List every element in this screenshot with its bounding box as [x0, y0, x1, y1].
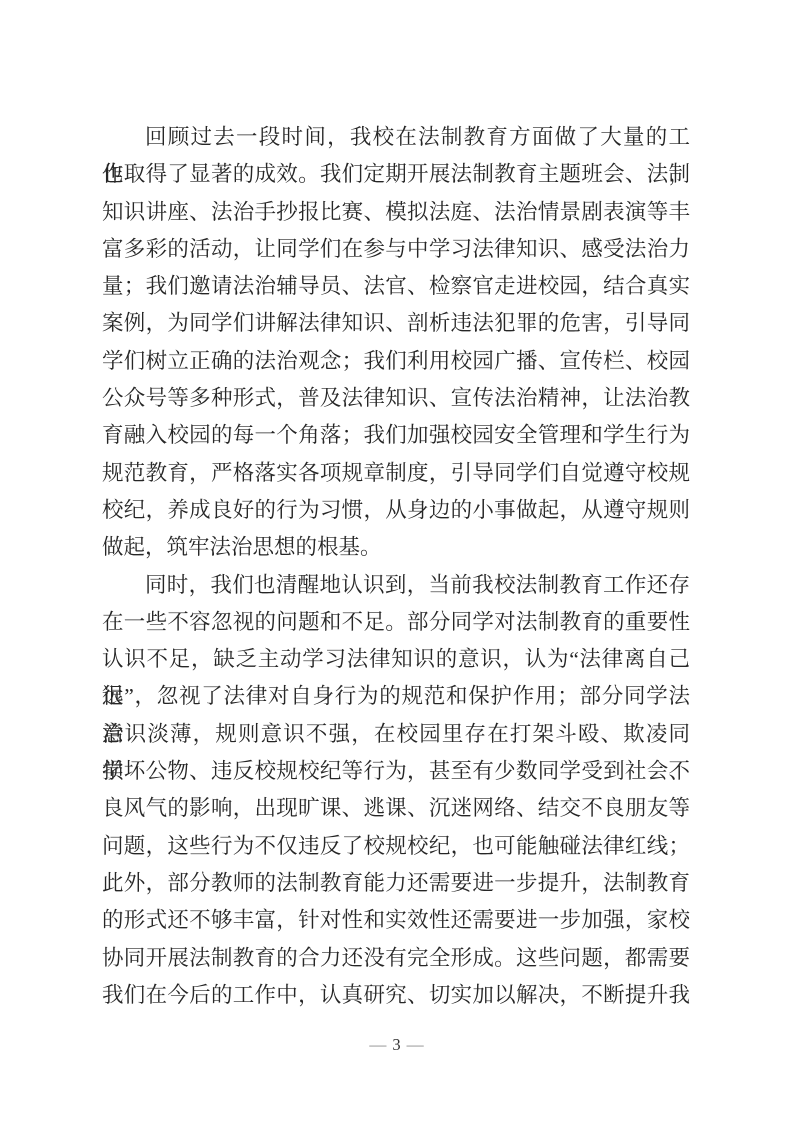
text-line: 校纪，养成良好的行为习惯，从身边的小事做起，从遵守规则 — [102, 492, 690, 529]
text-line: 在一些不容忽视的问题和不足。部分同学对法制教育的重要性 — [102, 604, 690, 641]
text-line: 远”，忽视了法律对自身行为的规范和保护作用；部分同学法治 — [102, 678, 690, 715]
text-line: 问题，这些行为不仅违反了校规校纪，也可能触碰法律红线； — [102, 828, 690, 865]
text-line: 意识淡薄，规则意识不强，在校园里存在打架斗殴、欺凌同学、 — [102, 716, 690, 753]
text-line: 育融入校园的每一个角落；我们加强校园安全管理和学生行为 — [102, 417, 690, 454]
text-line: 回顾过去一段时间，我校在法制教育方面做了大量的工作， — [102, 119, 690, 156]
text-line: 案例，为同学们讲解法律知识、剖析违法犯罪的危害，引导同 — [102, 305, 690, 342]
paragraph: 同时，我们也清醒地认识到，当前我校法制教育工作还存在一些不容忽视的问题和不足。部… — [102, 567, 690, 1015]
text-line: 我们在今后的工作中，认真研究、切实加以解决，不断提升我 — [102, 977, 690, 1014]
document-page: 回顾过去一段时间，我校在法制教育方面做了大量的工作，也取得了显著的成效。我们定期… — [0, 0, 793, 1122]
text-line: 富多彩的活动，让同学们在参与中学习法律知识、感受法治力 — [102, 231, 690, 268]
text-line: 同时，我们也清醒地认识到，当前我校法制教育工作还存 — [102, 567, 690, 604]
text-line: 做起，筑牢法治思想的根基。 — [102, 529, 690, 566]
text-line: 协同开展法制教育的合力还没有完全形成。这些问题，都需要 — [102, 940, 690, 977]
text-line: 也取得了显著的成效。我们定期开展法制教育主题班会、法制 — [102, 156, 690, 193]
page-footer: —3— — [0, 1035, 793, 1055]
text-line: 此外，部分教师的法制教育能力还需要进一步提升，法制教育 — [102, 865, 690, 902]
text-line: 的形式还不够丰富，针对性和实效性还需要进一步加强，家校 — [102, 902, 690, 939]
text-line: 知识讲座、法治手抄报比赛、模拟法庭、法治情景剧表演等丰 — [102, 194, 690, 231]
page-number: 3 — [392, 1035, 400, 1055]
paragraph: 回顾过去一段时间，我校在法制教育方面做了大量的工作，也取得了显著的成效。我们定期… — [102, 119, 690, 567]
text-line: 规范教育，严格落实各项规章制度，引导同学们自觉遵守校规 — [102, 455, 690, 492]
footer-dash-right: — — [407, 1035, 424, 1054]
page-body: 回顾过去一段时间，我校在法制教育方面做了大量的工作，也取得了显著的成效。我们定期… — [102, 119, 690, 1014]
text-line: 损坏公物、违反校规校纪等行为，甚至有少数同学受到社会不 — [102, 753, 690, 790]
text-line: 量；我们邀请法治辅导员、法官、检察官走进校园，结合真实 — [102, 268, 690, 305]
text-line: 良风气的影响，出现旷课、逃课、沉迷网络、结交不良朋友等 — [102, 790, 690, 827]
text-line: 认识不足，缺乏主动学习法律知识的意识，认为“法律离自己很 — [102, 641, 690, 678]
text-line: 公众号等多种形式，普及法律知识、宣传法治精神，让法治教 — [102, 380, 690, 417]
footer-dash-left: — — [369, 1035, 386, 1054]
text-line: 学们树立正确的法治观念；我们利用校园广播、宣传栏、校园 — [102, 343, 690, 380]
